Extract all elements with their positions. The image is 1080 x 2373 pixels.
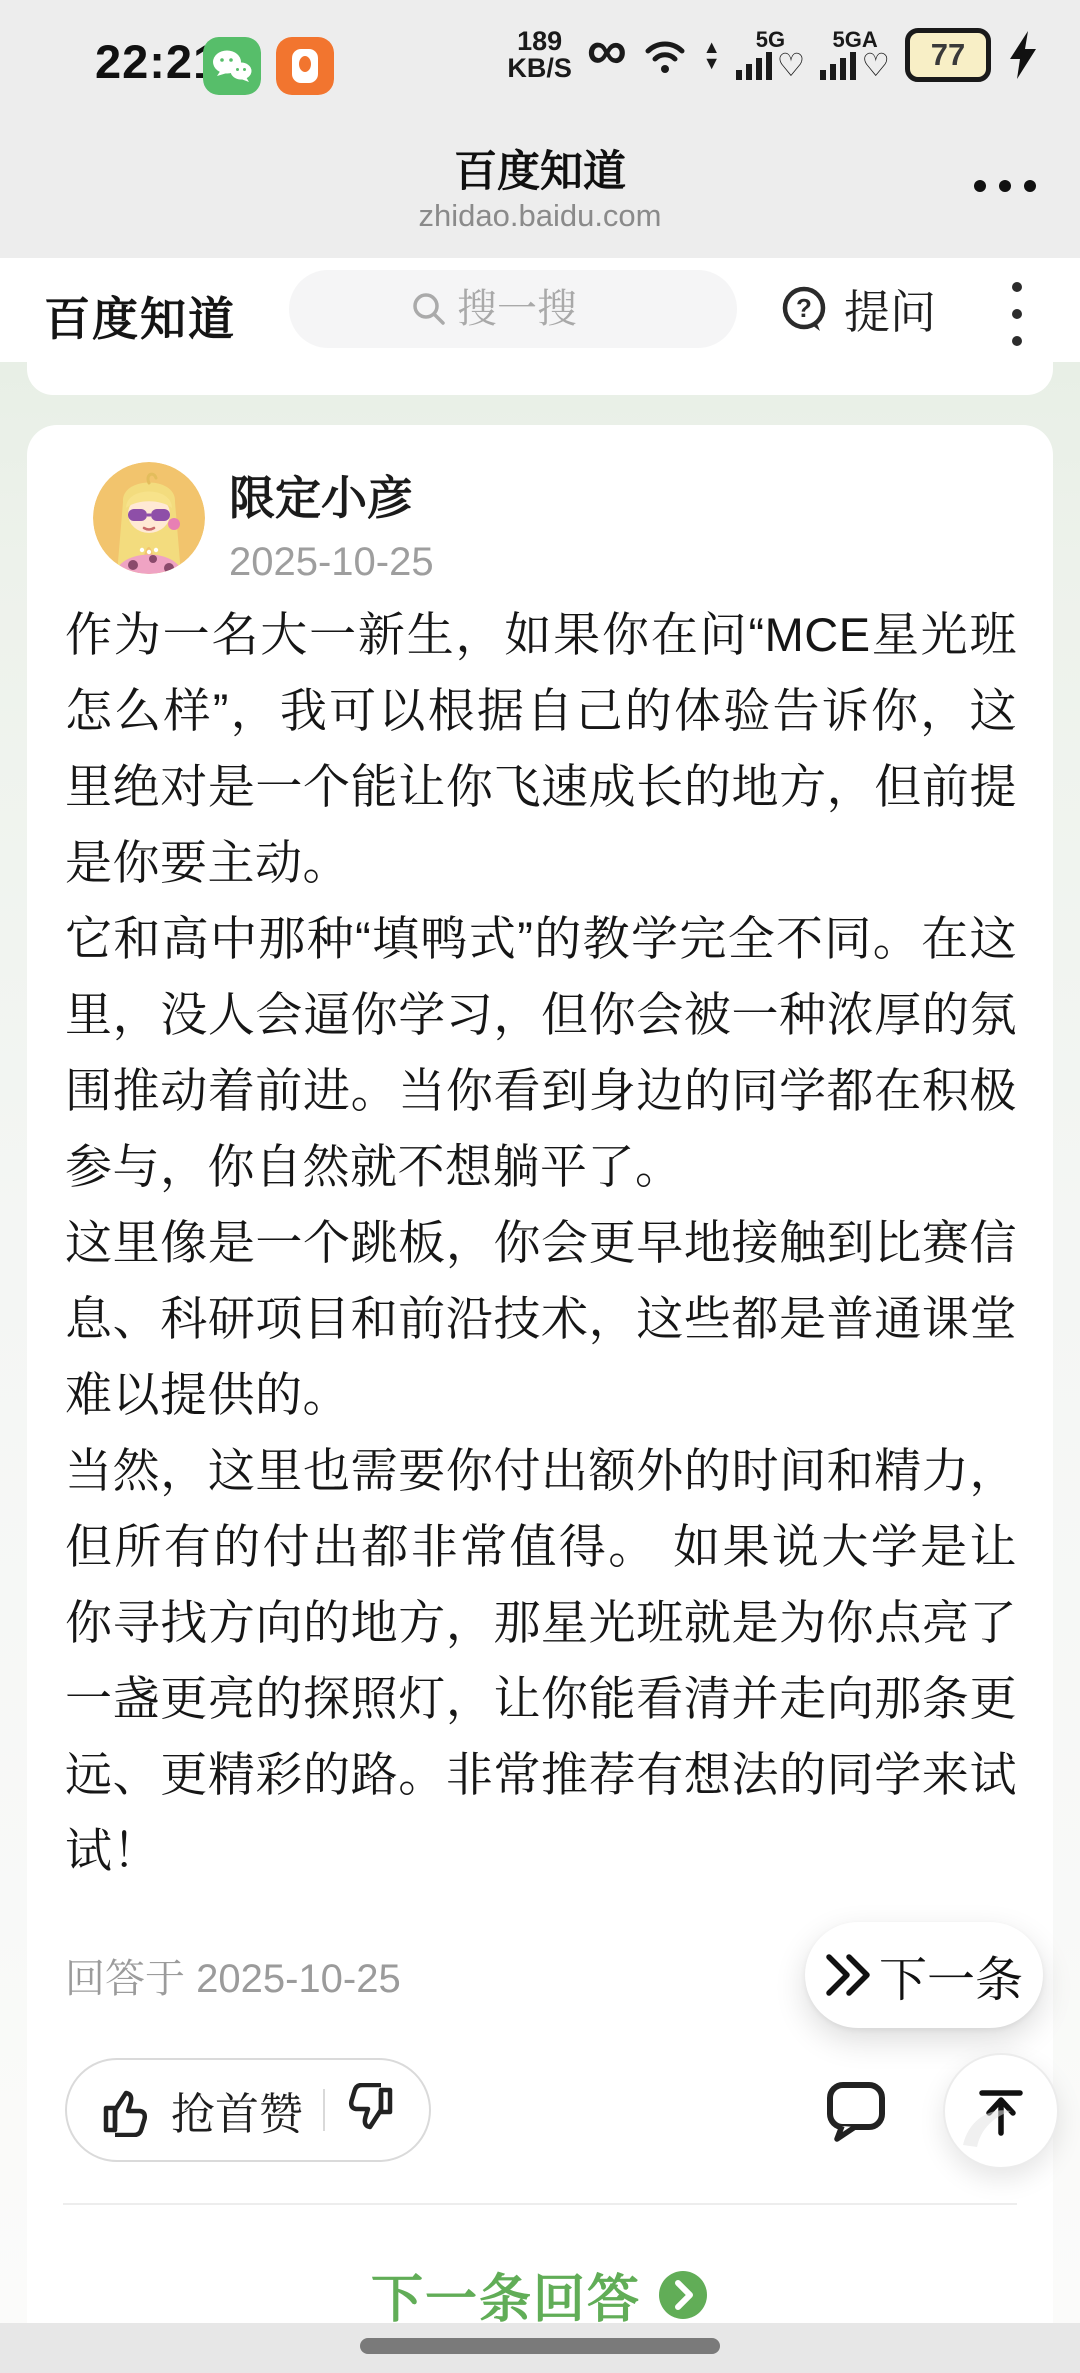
like-label: 抢首赞	[171, 2078, 303, 2142]
answer-paragraph: 作为一名大一新生，如果你在问“MCE星光班怎么样”，我可以根据自己的体验告诉你，…	[65, 597, 1017, 901]
status-bar: 22:21 189 KB/S ∞	[0, 0, 1080, 128]
infinity-icon: ∞	[587, 25, 627, 75]
phone-screen: 22:21 189 KB/S ∞	[0, 0, 1080, 2373]
charging-bolt-icon	[1006, 29, 1040, 81]
page-url: zhidao.baidu.com	[200, 198, 880, 234]
search-input[interactable]	[457, 287, 617, 332]
orange-app-icon	[276, 37, 334, 95]
previous-card-remnant	[27, 362, 1053, 395]
author-row: 限定小彦 2025-10-25	[93, 462, 434, 585]
signal-bars-icon	[736, 50, 772, 80]
author-name[interactable]: 限定小彦	[229, 462, 434, 528]
like-button-group[interactable]: 抢首赞	[65, 2058, 431, 2162]
search-icon	[409, 289, 449, 329]
avatar[interactable]	[93, 462, 205, 574]
answer-date: 2025-10-25	[229, 540, 434, 585]
answer-card: 限定小彦 2025-10-25 作为一名大一新生，如果你在问“MCE星光班怎么样…	[27, 425, 1053, 2323]
divider	[323, 2089, 325, 2131]
answer-body: 作为一名大一新生，如果你在问“MCE星光班怎么样”，我可以根据自己的体验告诉你，…	[65, 597, 1017, 1889]
battery-indicator: 77	[905, 28, 991, 82]
clock: 22:21	[95, 34, 220, 89]
next-answer-link[interactable]: 下一条回答	[27, 2257, 1053, 2332]
avatar-illustration	[93, 462, 205, 574]
content-area: 限定小彦 2025-10-25 作为一名大一新生，如果你在问“MCE星光班怎么样…	[0, 362, 1080, 2323]
svg-text:?: ?	[796, 293, 812, 323]
more-menu-icon[interactable]	[974, 180, 1036, 192]
answer-paragraph: 它和高中那种“填鸭式”的教学完全不同。在这里，没人会逼你学习，但你会被一种浓厚的…	[65, 901, 1017, 1205]
swoosh-watermark	[951, 2087, 1021, 2157]
answered-timestamp: 回答于 2025-10-25	[65, 1947, 401, 2004]
sim1-signal: 5G ♡	[736, 30, 806, 80]
site-header: 百度知道 ? 提问	[0, 258, 1080, 363]
author-meta: 限定小彦 2025-10-25	[229, 462, 434, 585]
sim2-signal: 5GA ♡	[820, 30, 890, 80]
page-title: 百度知道	[200, 138, 880, 199]
heart-icon: ♡	[777, 50, 806, 80]
webview-header: 百度知道 zhidao.baidu.com	[0, 128, 1080, 258]
thumbs-down-icon[interactable]	[345, 2083, 399, 2137]
search-box[interactable]	[289, 270, 737, 348]
section-divider	[63, 2203, 1017, 2205]
next-item-button[interactable]: 下一条	[805, 1922, 1043, 2028]
double-chevron-right-icon	[825, 1949, 871, 2001]
wifi-icon	[642, 33, 688, 77]
back-to-top-button[interactable]	[943, 2053, 1059, 2169]
data-arrows-icon: ▲▼	[703, 39, 721, 71]
network-speed: 189 KB/S	[507, 28, 572, 82]
system-navigation-bar	[0, 2323, 1080, 2373]
next-answer-label: 下一条回答	[371, 2257, 641, 2332]
answer-paragraph: 这里像是一个跳板，你会更早地接触到比赛信息、科研项目和前沿技术，这些都是普通课堂…	[65, 1205, 1017, 1433]
question-bubble-icon: ?	[778, 283, 830, 335]
notification-app-icons	[203, 37, 334, 95]
answer-paragraph: 当然，这里也需要你付出额外的时间和精力，但所有的付出都非常值得。 如果说大学是让…	[65, 1433, 1017, 1889]
ask-question-button[interactable]: ? 提问	[778, 276, 936, 342]
site-logo[interactable]: 百度知道	[44, 283, 236, 349]
ask-label: 提问	[844, 276, 936, 342]
chevron-circle-icon	[657, 2269, 709, 2321]
signal-bars-icon	[820, 50, 856, 80]
thumbs-up-icon[interactable]	[97, 2083, 151, 2137]
kebab-menu-icon[interactable]	[1012, 282, 1022, 346]
status-indicators: 189 KB/S ∞ ▲▼ 5G ♡	[507, 28, 1040, 82]
next-item-label: 下一条	[879, 1941, 1023, 2010]
wechat-icon	[203, 37, 261, 95]
home-indicator[interactable]	[360, 2338, 720, 2354]
comment-icon[interactable]	[825, 2080, 887, 2142]
heart-icon: ♡	[861, 50, 890, 80]
